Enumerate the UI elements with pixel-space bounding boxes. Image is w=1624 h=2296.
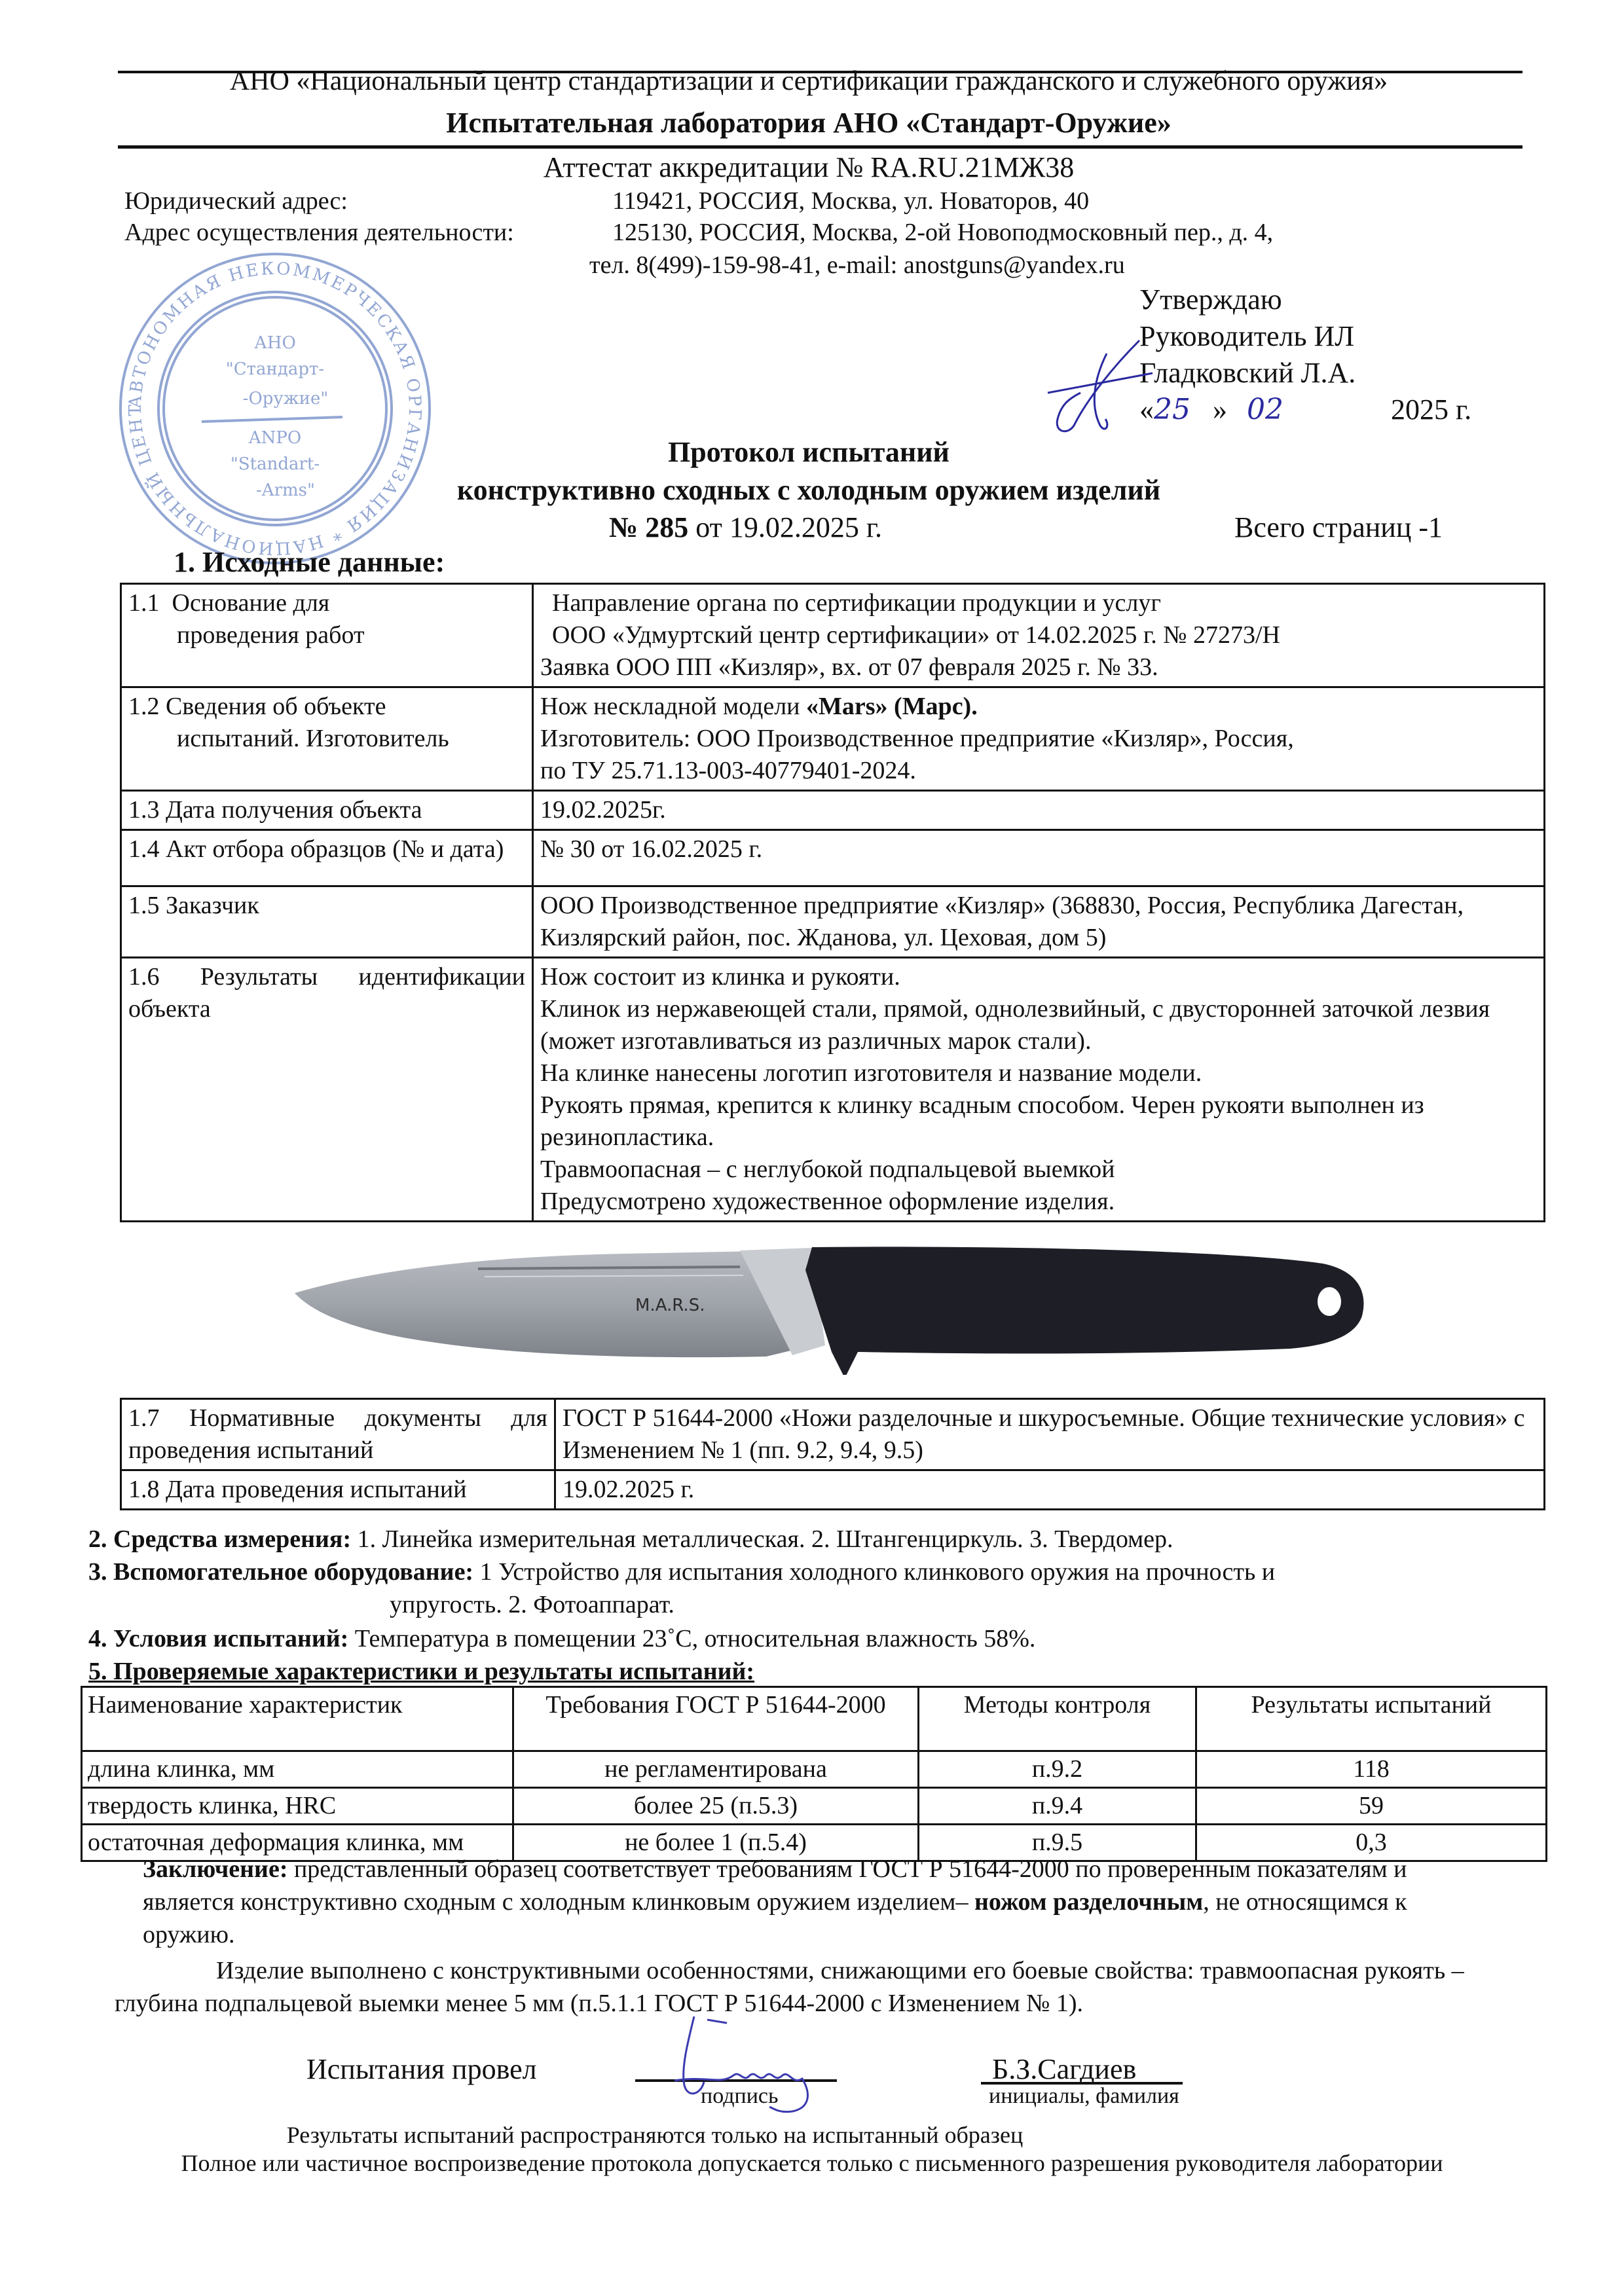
table-row: 1.6 Результаты идентификации объекта Нож…	[121, 958, 1545, 1222]
table-row: 1.5 Заказчик ООО Производственное предпр…	[121, 886, 1545, 958]
cell-method: п.9.2	[919, 1751, 1196, 1788]
table-row: длина клинка, мм не регламентирована п.9…	[82, 1751, 1547, 1788]
stamp-line-1: АНО	[254, 333, 296, 353]
column-header: Требования ГОСТ Р 51644-2000	[513, 1687, 919, 1751]
source-data-table: 1.1 Основание дляпроведения работ Направ…	[120, 583, 1545, 1222]
stamp-line-3: -Оружие"	[243, 389, 329, 409]
protocol-number-value: № 285	[609, 511, 688, 543]
row-key: 1.7 Нормативные документы для проведения…	[121, 1399, 555, 1470]
section-2: 2. Средства измерения: 1. Линейка измери…	[88, 1523, 1542, 1556]
row-value: Направление органа по сертификации проду…	[533, 584, 1545, 687]
row-key: 1.1 Основание дляпроведения работ	[121, 584, 533, 687]
results-table: Наименование характеристик Требования ГО…	[81, 1686, 1547, 1862]
table-header-row: Наименование характеристик Требования ГО…	[82, 1687, 1547, 1751]
row-key: 1.3 Дата получения объекта	[121, 791, 533, 830]
tester-name: Б.З.Сагдиев	[992, 2052, 1136, 2086]
footer-disclaimer-1: Результаты испытаний распространяются то…	[98, 2121, 1211, 2149]
cell-result: 59	[1196, 1788, 1547, 1825]
row-key: 1.4 Акт отбора образцов (№ и дата)	[121, 830, 533, 886]
legal-address-label: Юридический адрес:	[124, 187, 348, 215]
section-2-text: 1. Линейка измерительная металлическая. …	[351, 1525, 1173, 1553]
table-row: 1.4 Акт отбора образцов (№ и дата) № 30 …	[121, 830, 1545, 886]
row-value: Нож нескладной модели «Mars» (Марс). Изг…	[533, 687, 1545, 791]
row-key: 1.6 Результаты идентификации объекта	[121, 958, 533, 1222]
row-key: 1.5 Заказчик	[121, 886, 533, 958]
row-key: 1.2 Сведения об объектеиспытаний. Изгото…	[121, 687, 533, 791]
table-row: 1.7 Нормативные документы для проведения…	[121, 1399, 1545, 1470]
source-data-table-continued: 1.7 Нормативные документы для проведения…	[120, 1398, 1545, 1510]
protocol-subtitle: конструктивно сходных с холодным оружием…	[98, 473, 1519, 507]
table-row: 1.2 Сведения об объектеиспытаний. Изгото…	[121, 687, 1545, 791]
organization-name: АНО «Национальный центр стандартизации и…	[98, 65, 1519, 97]
row-value: 19.02.2025г.	[533, 791, 1545, 830]
table-row: 1.1 Основание дляпроведения работ Направ…	[121, 584, 1545, 687]
approval-date-month: 02	[1227, 392, 1378, 428]
page-count: Всего страниц -1	[1234, 511, 1443, 544]
column-header: Наименование характеристик	[82, 1687, 513, 1751]
section-3-continuation: упругость. 2. Фотоаппарат.	[390, 1588, 674, 1621]
activity-address-value: 125130, РОССИЯ, Москва, 2-ой Новоподмоск…	[612, 218, 1273, 247]
cell-requirement: не регламентирована	[513, 1751, 919, 1788]
approval-date-day: 25	[1154, 392, 1213, 428]
cell-requirement: более 25 (п.5.3)	[513, 1788, 919, 1825]
header-bottom-rule	[118, 145, 1522, 149]
approval-date: «25»022025 г.	[1139, 392, 1471, 428]
row-value: ООО Производственное предприятие «Кизляр…	[533, 886, 1545, 958]
knife-photo: M.A.R.S.	[282, 1231, 1395, 1375]
column-header: Результаты испытаний	[1196, 1687, 1547, 1751]
section-1-heading: 1. Исходные данные:	[174, 545, 445, 579]
section-2-label: 2. Средства измерения:	[88, 1525, 351, 1553]
signature-caption: подпись	[701, 2084, 779, 2109]
tested-by-label: Испытания провел	[306, 2052, 537, 2086]
cell-characteristic: длина клинка, мм	[82, 1751, 513, 1788]
cell-result: 118	[1196, 1751, 1547, 1788]
protocol-number: № 285 от 19.02.2025 г.	[609, 511, 882, 544]
footer-disclaimer-2: Полное или частичное воспроизведение про…	[98, 2149, 1526, 2177]
section-3-label: 3. Вспомогательное оборудование:	[88, 1558, 473, 1586]
row-value: 19.02.2025 г.	[555, 1470, 1545, 1510]
approval-date-year: 2025 г.	[1378, 393, 1471, 426]
blade-engraving: M.A.R.S.	[635, 1296, 705, 1315]
cell-characteristic: твердость клинка, HRC	[82, 1788, 513, 1825]
table-row: твердость клинка, HRC более 25 (п.5.3) п…	[82, 1788, 1547, 1825]
row-key: 1.8 Дата проведения испытаний	[121, 1470, 555, 1510]
activity-address-label: Адрес осуществления деятельности:	[124, 218, 514, 247]
section-4-text: Температура в помещении 23˚С, относитель…	[348, 1625, 1035, 1652]
table-row: 1.8 Дата проведения испытаний 19.02.2025…	[121, 1470, 1545, 1510]
section-5-heading: 5. Проверяемые характеристики и результа…	[88, 1655, 1542, 1688]
laboratory-name: Испытательная лаборатория АНО «Стандарт-…	[98, 106, 1519, 139]
conclusion-verdict: ножом разделочным	[974, 1888, 1203, 1916]
approver-signature	[1028, 327, 1159, 439]
accreditation-number: Аттестат аккредитации № RA.RU.21МЖ38	[98, 151, 1519, 184]
legal-address-value: 119421, РОССИЯ, Москва, ул. Новаторов, 4…	[612, 187, 1089, 215]
section-3-text: 1 Устройство для испытания холодного кли…	[473, 1558, 1275, 1586]
name-caption: инициалы, фамилия	[989, 2084, 1179, 2109]
organization-stamp: АВТОНОМНАЯ НЕКОММЕРЧЕСКАЯ ОРГАНИЗАЦИЯ * …	[117, 250, 434, 567]
protocol-title: Протокол испытаний	[98, 435, 1519, 469]
conclusion: Заключение: представленный образец соотв…	[143, 1853, 1485, 1951]
approval-block: Утверждаю Руководитель ИЛ Гладковский Л.…	[1139, 282, 1471, 428]
protocol-date: от 19.02.2025 г.	[688, 511, 882, 543]
column-header: Методы контроля	[919, 1687, 1196, 1751]
row-value: № 30 от 16.02.2025 г.	[533, 830, 1545, 886]
section-4-label: 4. Условия испытаний:	[88, 1625, 348, 1652]
approval-line-1: Утверждаю	[1139, 282, 1471, 318]
row-value: ГОСТ Р 51644-2000 «Ножи разделочные и шк…	[555, 1399, 1545, 1470]
section-3: 3. Вспомогательное оборудование: 1 Устро…	[88, 1556, 1542, 1588]
contacts: тел. 8(499)-159-98-41, e-mail: anostguns…	[589, 251, 1125, 280]
cell-method: п.9.4	[919, 1788, 1196, 1825]
approval-line-2: Руководитель ИЛ	[1139, 318, 1471, 355]
section-4: 4. Условия испытаний: Температура в поме…	[88, 1622, 1542, 1655]
table-row: 1.3 Дата получения объекта 19.02.2025г.	[121, 791, 1545, 830]
model-name: «Mars» (Марс).	[806, 693, 978, 720]
conclusion-label: Заключение:	[143, 1855, 287, 1883]
date-close-quote: »	[1213, 393, 1227, 426]
approval-line-3: Гладковский Л.А.	[1139, 355, 1471, 392]
row-value: Нож состоит из клинка и рукояти. Клинок …	[533, 958, 1545, 1222]
stamp-line-2: "Стандарт-	[226, 359, 324, 379]
